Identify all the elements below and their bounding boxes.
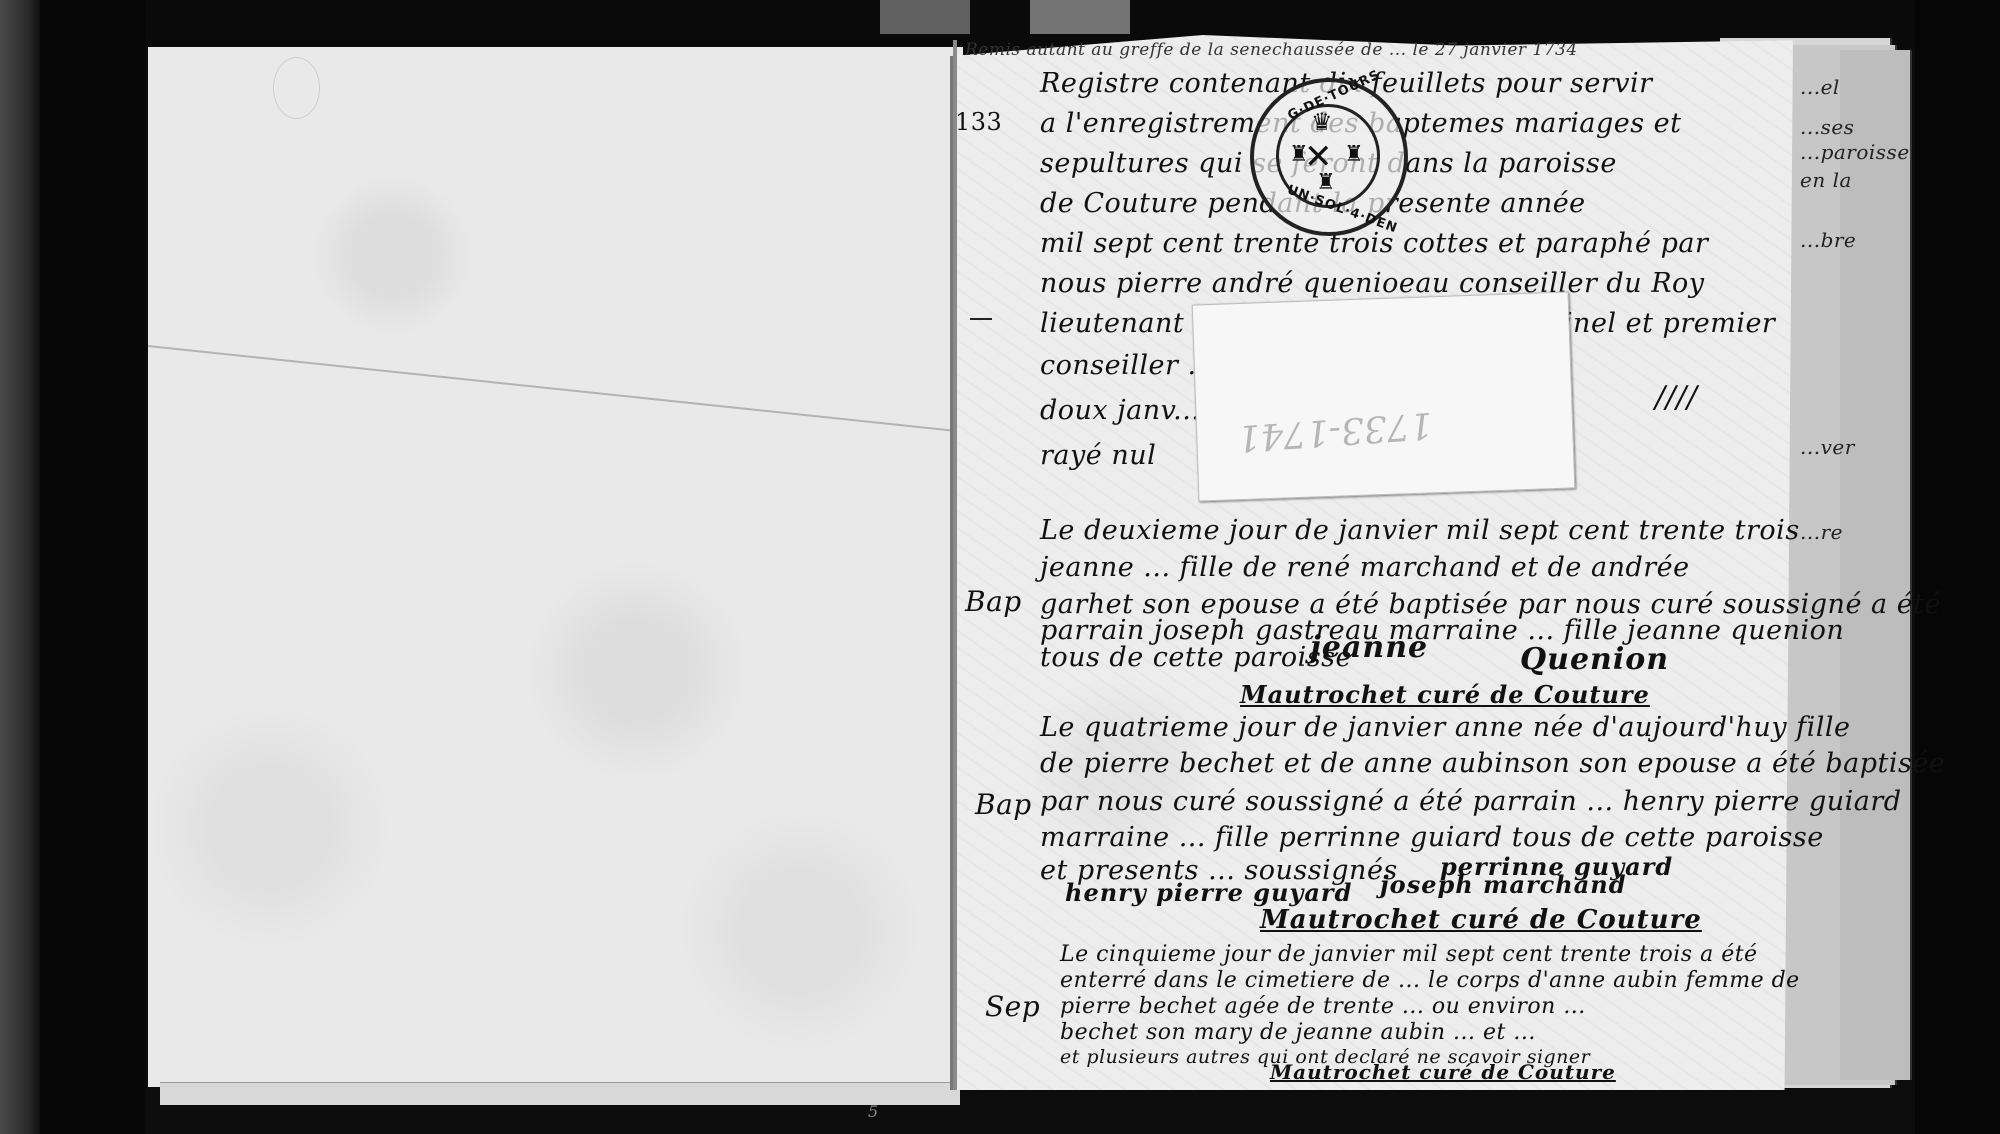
entry-margin-label: Bap <box>975 788 1032 821</box>
underlying-page-fragment: ...re <box>1800 520 1843 544</box>
stamp-seal: G·DE·TOURS UN·SOL·4·DEN ♛ ♜ ♜ ♜ ✕ <box>1250 78 1408 236</box>
paper-scrap <box>1030 0 1130 34</box>
signature-cure: Mautrochet curé de Couture <box>1270 1060 1616 1084</box>
flourish-mark: //// <box>1655 380 1697 415</box>
signature-cure: Mautrochet curé de Couture <box>1240 680 1650 709</box>
entry-margin-label: Bap <box>965 585 1022 618</box>
underlying-page-fragment: en la <box>1800 168 1852 192</box>
entry-margin-label: Sep <box>985 990 1040 1023</box>
underlying-page-fragment: ...bre <box>1800 228 1856 252</box>
page-stack-edge <box>1840 50 1912 1080</box>
signature: jeanne <box>1310 630 1428 665</box>
scan-border-left <box>40 0 145 1134</box>
margin-dash <box>970 318 992 320</box>
signature: henry pierre guyard <box>1065 878 1352 907</box>
entry-line: tous de cette paroisse <box>1040 642 1352 673</box>
entry-line: enterré dans le cimetiere de ... le corp… <box>1060 968 1800 993</box>
entry-line: Le deuxieme jour de janvier mil sept cen… <box>1040 515 1800 546</box>
page-fold-line <box>148 345 964 433</box>
book-spine <box>0 0 40 1134</box>
signature-cure: Mautrochet curé de Couture <box>1260 905 1702 935</box>
margin-rule <box>953 40 957 1090</box>
folio-number: 133 <box>955 108 1002 136</box>
header-note: Remis autant au greffe de la senechaussé… <box>965 40 1578 60</box>
crossed-scepters-icon: ✕ <box>1304 137 1333 177</box>
entry-line: marraine ... fille perrinne guiard tous … <box>1040 822 1824 853</box>
left-page-edge <box>160 1082 960 1105</box>
crown-icon: ♛ <box>1311 108 1333 136</box>
entry-line: de pierre bechet et de anne aubinson son… <box>1040 748 1945 779</box>
left-page-blank: 5 <box>148 47 963 1087</box>
signature: Quenion <box>1520 642 1669 677</box>
underlying-page-fragment: ...el <box>1800 75 1840 99</box>
preamble-line: rayé nul <box>1040 440 1156 471</box>
underlying-page-fragment: ...ver <box>1800 435 1855 459</box>
preamble-line: mil sept cent trente trois cottes et par… <box>1040 228 1708 259</box>
entry-line: jeanne ... fille de rené marchand et de … <box>1040 552 1690 583</box>
entry-line: Le cinquieme jour de janvier mil sept ce… <box>1060 942 1758 967</box>
preamble-line: nous pierre andré quenioeau conseiller d… <box>1040 268 1705 299</box>
entry-line: pierre bechet agée de trente ... ou envi… <box>1060 994 1586 1019</box>
scan-border-right <box>1915 0 2000 1134</box>
underlying-page-fragment: ...ses <box>1800 115 1854 139</box>
entry-line: bechet son mary de jeanne aubin ... et .… <box>1060 1020 1536 1045</box>
archive-reference: 1733-1741 <box>1236 404 1434 459</box>
paper-scrap <box>880 0 970 34</box>
tower-icon: ♜ <box>1344 142 1364 167</box>
underlying-page-fragment: ...paroisse <box>1800 140 1910 164</box>
entry-line: par nous curé soussigné a été parrain ..… <box>1040 786 1902 817</box>
entry-line: Le quatrieme jour de janvier anne née d'… <box>1040 712 1851 743</box>
signature: joseph marchand <box>1380 870 1627 899</box>
stain-mark <box>273 57 320 119</box>
archive-label-slip: 1733-1741 <box>1192 291 1576 501</box>
